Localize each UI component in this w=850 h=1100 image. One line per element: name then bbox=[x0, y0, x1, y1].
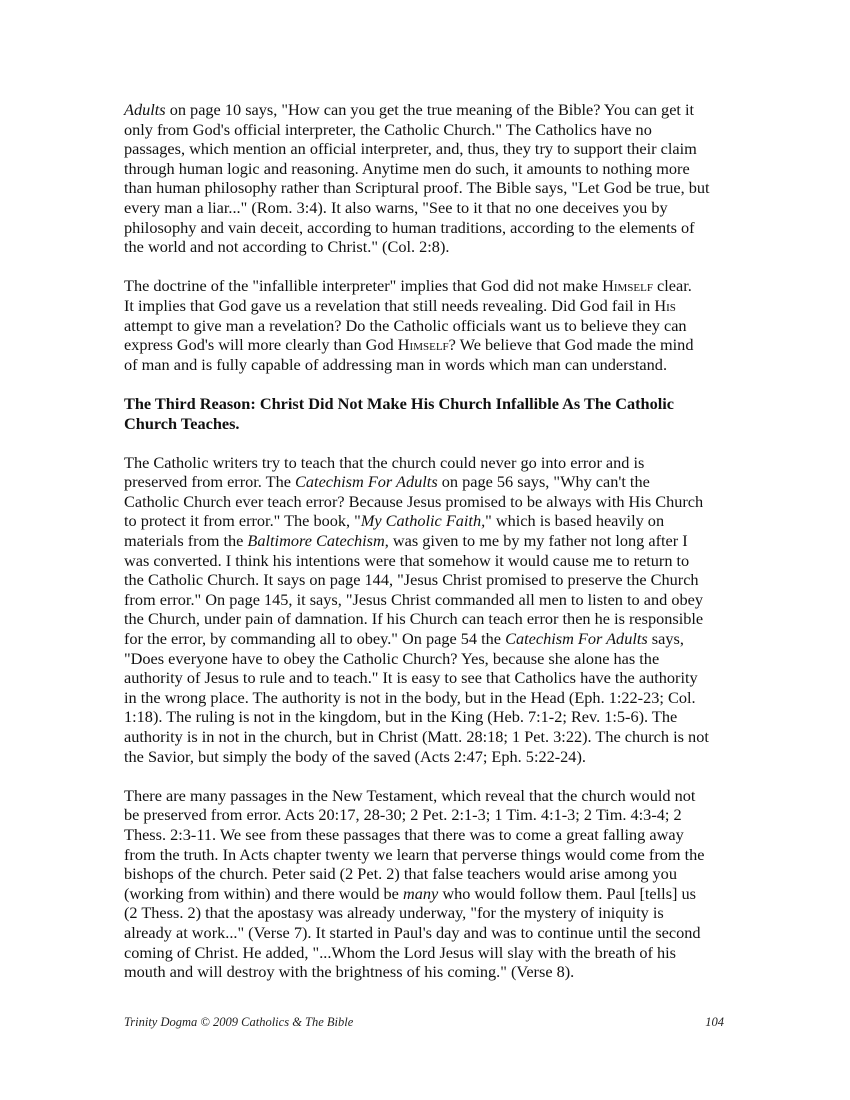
text-line: from error." On page 145, it says, "Jesu… bbox=[124, 590, 728, 610]
text-line: Thess. 2:3-11. We see from these passage… bbox=[124, 825, 728, 845]
text-line: the Catholic Church. It says on page 144… bbox=[124, 570, 728, 590]
text-line: (2 Thess. 2) that the apostasy was alrea… bbox=[124, 903, 728, 923]
text-line: coming of Christ. He added, "...Whom the… bbox=[124, 943, 728, 963]
text-line: philosophy and vain deceit, according to… bbox=[124, 218, 728, 238]
text-line: bishops of the church. Peter said (2 Pet… bbox=[124, 864, 728, 884]
text-line: 1:18). The ruling is not in the kingdom,… bbox=[124, 707, 728, 727]
heading-line-1: The Third Reason: Christ Did Not Make Hi… bbox=[124, 394, 728, 414]
text-line: of man and is fully capable of addressin… bbox=[124, 355, 728, 375]
text-line: already at work..." (Verse 7). It starte… bbox=[124, 923, 728, 943]
page-footer: Trinity Dogma © 2009 Catholics & The Bib… bbox=[124, 1015, 724, 1030]
text-line: attempt to give man a revelation? Do the… bbox=[124, 316, 728, 336]
text-line: The Catholic writers try to teach that t… bbox=[124, 453, 728, 473]
text-line: from the truth. In Acts chapter twenty w… bbox=[124, 845, 728, 865]
text-line: be preserved from error. Acts 20:17, 28-… bbox=[124, 805, 728, 825]
text-line: "Does everyone have to obey the Catholic… bbox=[124, 649, 728, 669]
text-line: Catholic Church ever teach error? Becaus… bbox=[124, 492, 728, 512]
page-number: 104 bbox=[705, 1015, 724, 1030]
text-line: authority is in not in the church, but i… bbox=[124, 727, 728, 747]
heading-line-2: Church Teaches. bbox=[124, 414, 728, 434]
text-line: the world and not according to Christ." … bbox=[124, 237, 728, 257]
text-line: mouth and will destroy with the brightne… bbox=[124, 962, 728, 982]
text-line: preserved from error. The Catechism For … bbox=[124, 472, 728, 492]
paragraph-church-error: The Catholic writers try to teach that t… bbox=[124, 453, 728, 767]
text-line: The doctrine of the "infallible interpre… bbox=[124, 276, 728, 296]
document-body: Adults on page 10 says, "How can you get… bbox=[124, 100, 728, 1001]
text-line: than human philosophy rather than Script… bbox=[124, 178, 728, 198]
text-line: in the wrong place. The authority is not… bbox=[124, 688, 728, 708]
section-heading: The Third Reason: Christ Did Not Make Hi… bbox=[124, 394, 728, 433]
text-line: the Savior, but simply the body of the s… bbox=[124, 747, 728, 767]
text-line: It implies that God gave us a revelation… bbox=[124, 296, 728, 316]
paragraph-new-testament-passages: There are many passages in the New Testa… bbox=[124, 786, 728, 982]
text-line: through human logic and reasoning. Anyti… bbox=[124, 159, 728, 179]
text-line: express God's will more clearly than God… bbox=[124, 335, 728, 355]
text-line: every man a liar..." (Rom. 3:4). It also… bbox=[124, 198, 728, 218]
text-line: (working from within) and there would be… bbox=[124, 884, 728, 904]
text-line: only from God's official interpreter, th… bbox=[124, 120, 728, 140]
text-line: was converted. I think his intentions we… bbox=[124, 551, 728, 571]
text-line: There are many passages in the New Testa… bbox=[124, 786, 728, 806]
text-line: to protect it from error." The book, "My… bbox=[124, 511, 728, 531]
paragraph-infallible-interpreter: The doctrine of the "infallible interpre… bbox=[124, 276, 728, 374]
text-line: materials from the Baltimore Catechism, … bbox=[124, 531, 728, 551]
text-line: authority of Jesus to rule and to teach.… bbox=[124, 668, 728, 688]
text-line: the Church, under pain of damnation. If … bbox=[124, 609, 728, 629]
paragraph-official-interpreter: Adults on page 10 says, "How can you get… bbox=[124, 100, 728, 257]
text-line: Adults on page 10 says, "How can you get… bbox=[124, 100, 728, 120]
footer-copyright: Trinity Dogma © 2009 Catholics & The Bib… bbox=[124, 1015, 353, 1029]
text-line: passages, which mention an official inte… bbox=[124, 139, 728, 159]
text-line: for the error, by commanding all to obey… bbox=[124, 629, 728, 649]
